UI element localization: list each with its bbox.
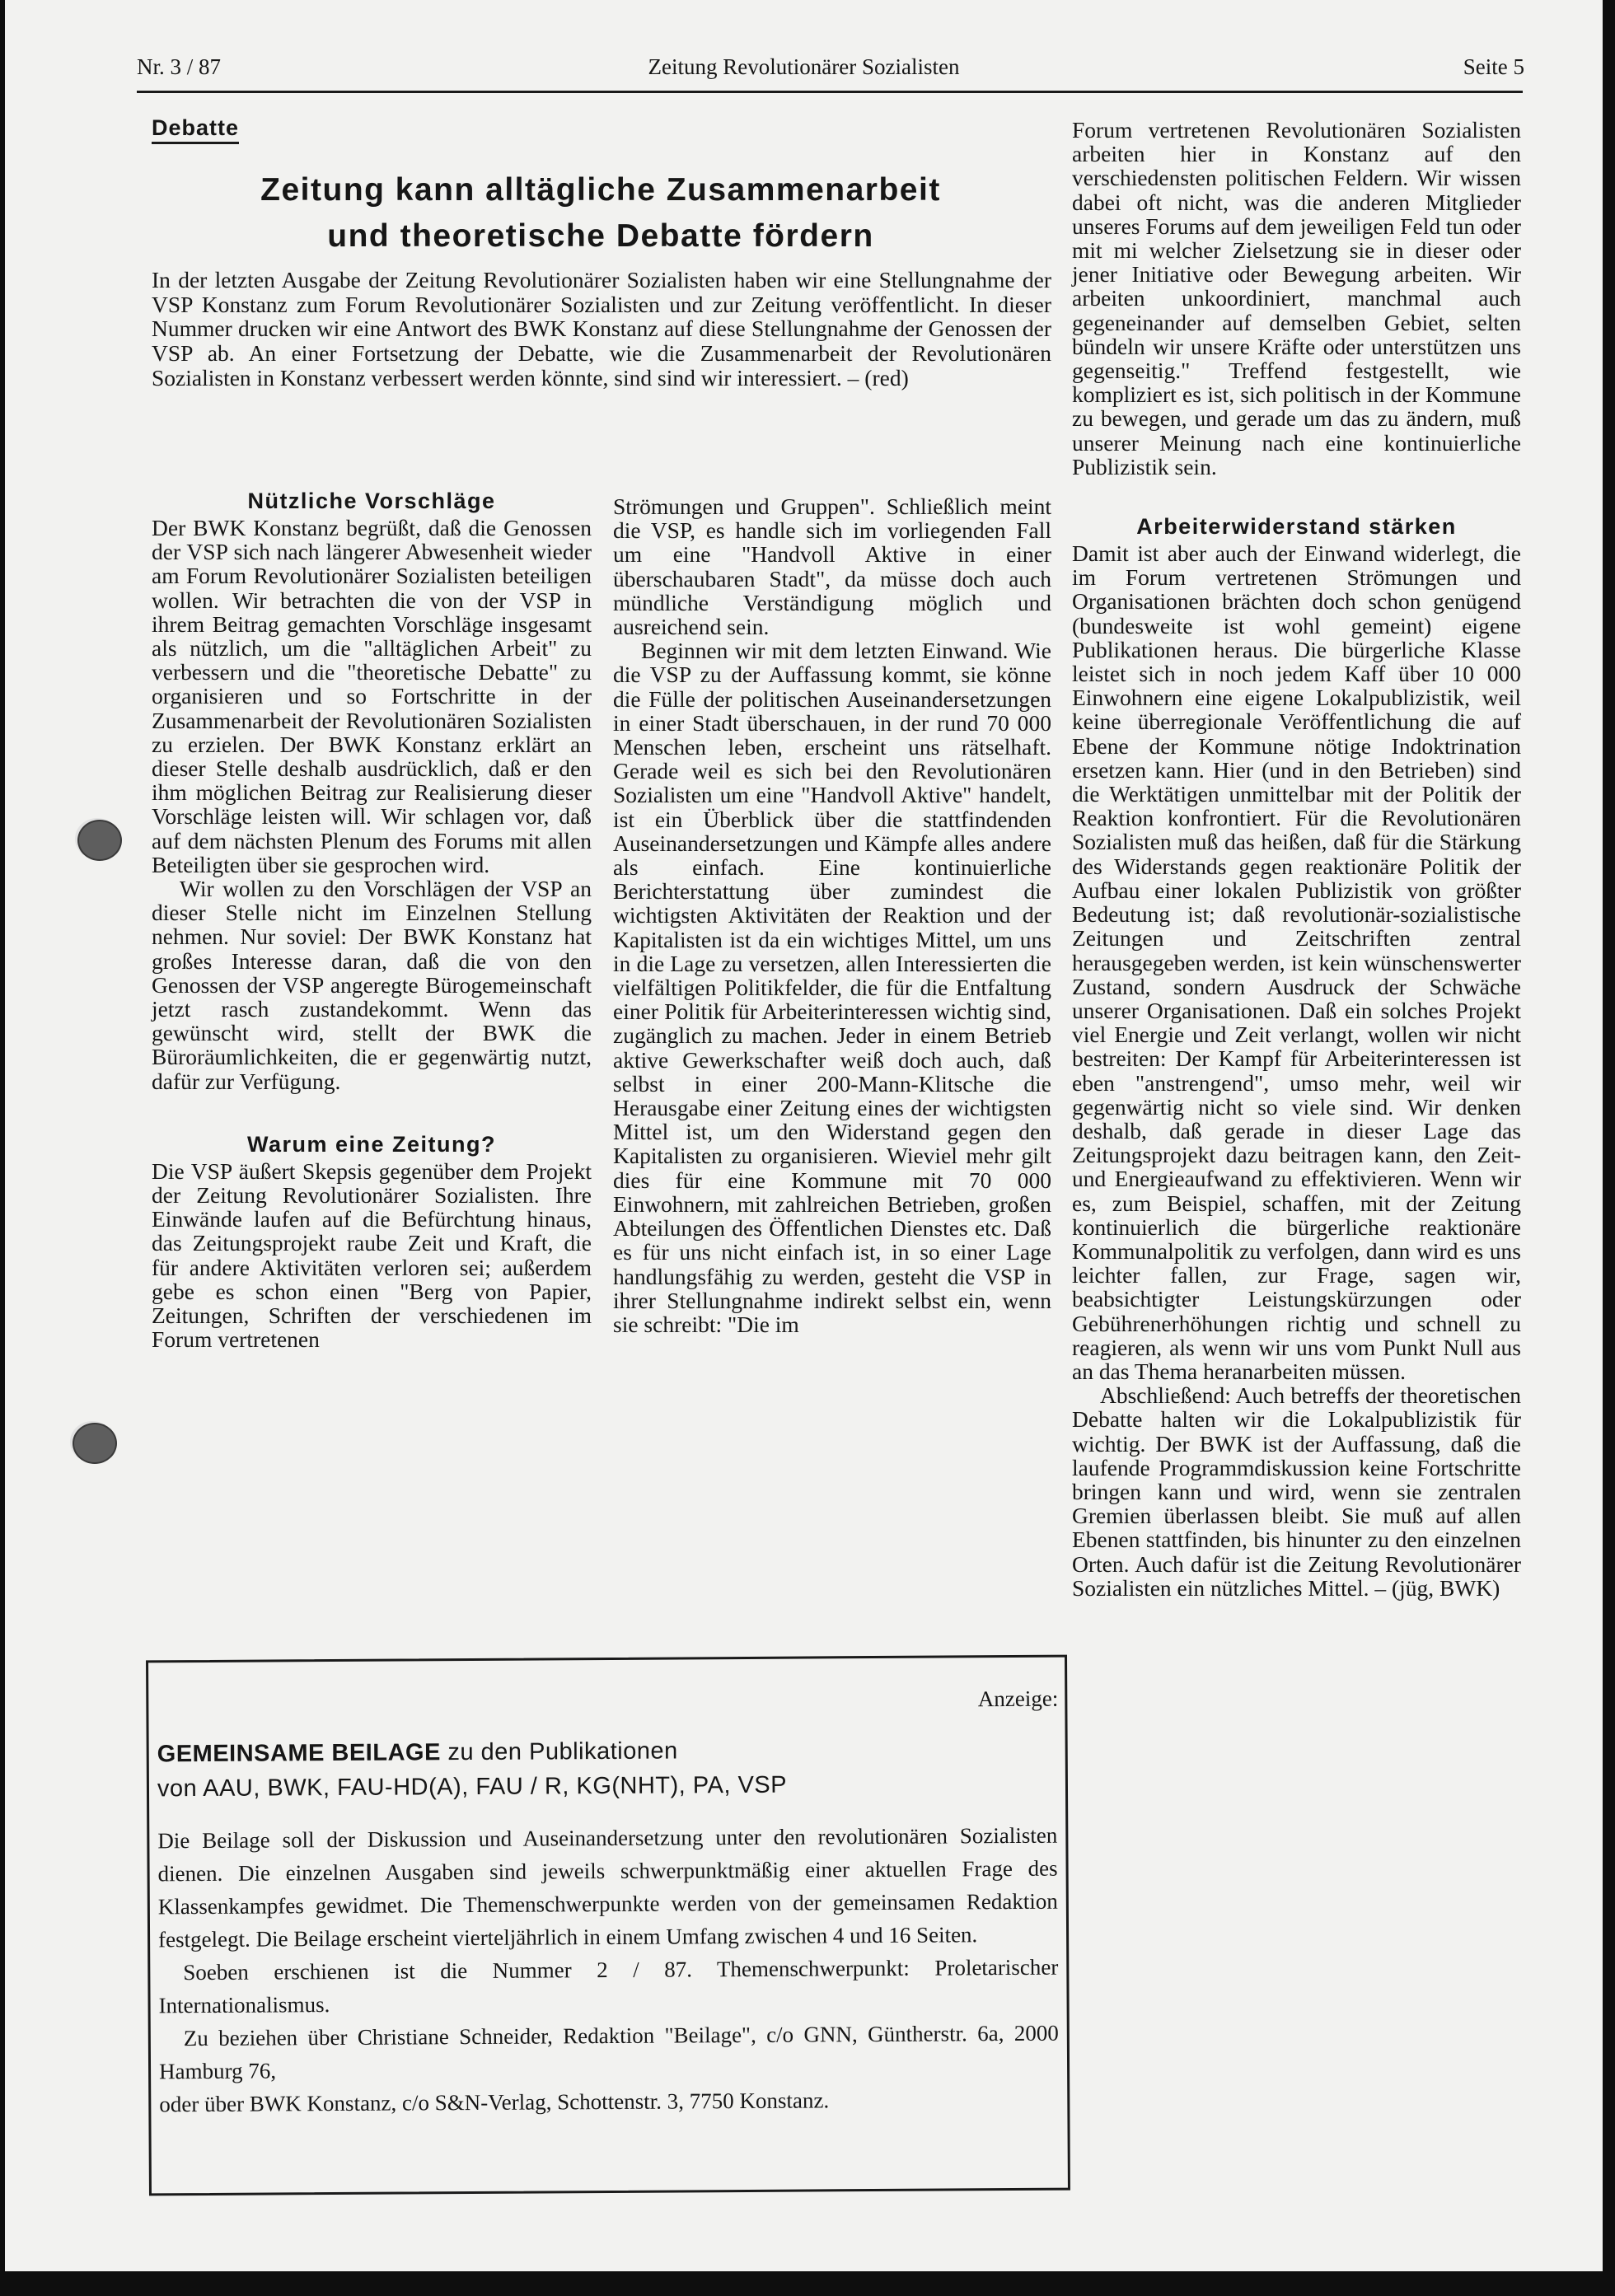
newspaper-page: Nr. 3 / 87 Zeitung Revolutionärer Sozial… xyxy=(5,0,1603,2271)
advertisement-box: Anzeige: GEMEINSAME BEILAGE zu den Publi… xyxy=(146,1655,1070,2196)
section-kicker: Debatte xyxy=(152,115,239,144)
ad-paragraph: Soeben erschienen ist die Nummer 2 / 87.… xyxy=(158,1951,1058,2022)
paragraph: Der BWK Konstanz begrüßt, daß die Genoss… xyxy=(152,516,592,877)
column-3: Forum vertretenen Revolutionären Soziali… xyxy=(1072,118,1521,1600)
column-2: Strömungen und Gruppen". Schließlich mei… xyxy=(613,494,1051,1336)
paragraph: Wir wollen zu den Vorschlägen der VSP an… xyxy=(152,877,592,1093)
paragraph: Damit ist aber auch der Einwand widerleg… xyxy=(1072,541,1521,1383)
punch-hole-icon xyxy=(77,820,122,861)
paragraph: Beginnen wir mit dem letzten Einwand. Wi… xyxy=(613,638,1051,1336)
headline-line-2: und theoretische Debatte fördern xyxy=(152,213,1050,260)
ad-label: Anzeige: xyxy=(978,1682,1059,1716)
ad-body: Die Beilage soll der Diskussion und Ause… xyxy=(157,1819,1059,2121)
ad-title-line-2: von AAU, BWK, FAU-HD(A), FAU / R, KG(NHT… xyxy=(157,1768,787,1807)
article-intro: In der letzten Ausgabe der Zeitung Revol… xyxy=(152,268,1051,390)
punch-hole-icon xyxy=(73,1423,117,1464)
headline-line-1: Zeitung kann alltägliche Zusammenarbeit xyxy=(152,167,1050,213)
subheading-nuetzliche-vorschlaege: Nützliche Vorschläge xyxy=(152,486,592,516)
paragraph: Strömungen und Gruppen". Schließlich mei… xyxy=(613,494,1051,638)
column-1: Nützliche Vorschläge Der BWK Konstanz be… xyxy=(152,486,592,1352)
subheading-warum-eine-zeitung: Warum eine Zeitung? xyxy=(152,1129,592,1159)
header-rule xyxy=(137,91,1523,93)
page-number: Seite 5 xyxy=(1463,54,1524,80)
ad-title-bold: GEMEINSAME BEILAGE xyxy=(157,1739,441,1767)
paragraph: Forum vertretenen Revolutionären Soziali… xyxy=(1072,118,1521,479)
ad-paragraph: Zu beziehen über Christiane Schneider, R… xyxy=(159,2017,1059,2088)
paragraph: Abschließend: Auch betreffs der theoreti… xyxy=(1072,1383,1521,1600)
publication-title: Zeitung Revolutionärer Sozialisten xyxy=(5,54,1603,80)
ad-title-rest: zu den Publikationen xyxy=(441,1737,678,1765)
subheading-arbeiterwiderstand-staerken: Arbeiterwiderstand stärken xyxy=(1072,512,1521,541)
ad-paragraph: oder über BWK Konstanz, c/o S&N-Verlag, … xyxy=(159,2083,1059,2121)
ad-title: GEMEINSAME BEILAGE zu den Publikationen … xyxy=(157,1733,788,1807)
paragraph: Die VSP äußert Skepsis gegenüber dem Pro… xyxy=(152,1159,592,1352)
article-headline: Zeitung kann alltägliche Zusammenarbeit … xyxy=(152,167,1050,260)
ad-paragraph: Die Beilage soll der Diskussion und Ause… xyxy=(157,1819,1058,1957)
